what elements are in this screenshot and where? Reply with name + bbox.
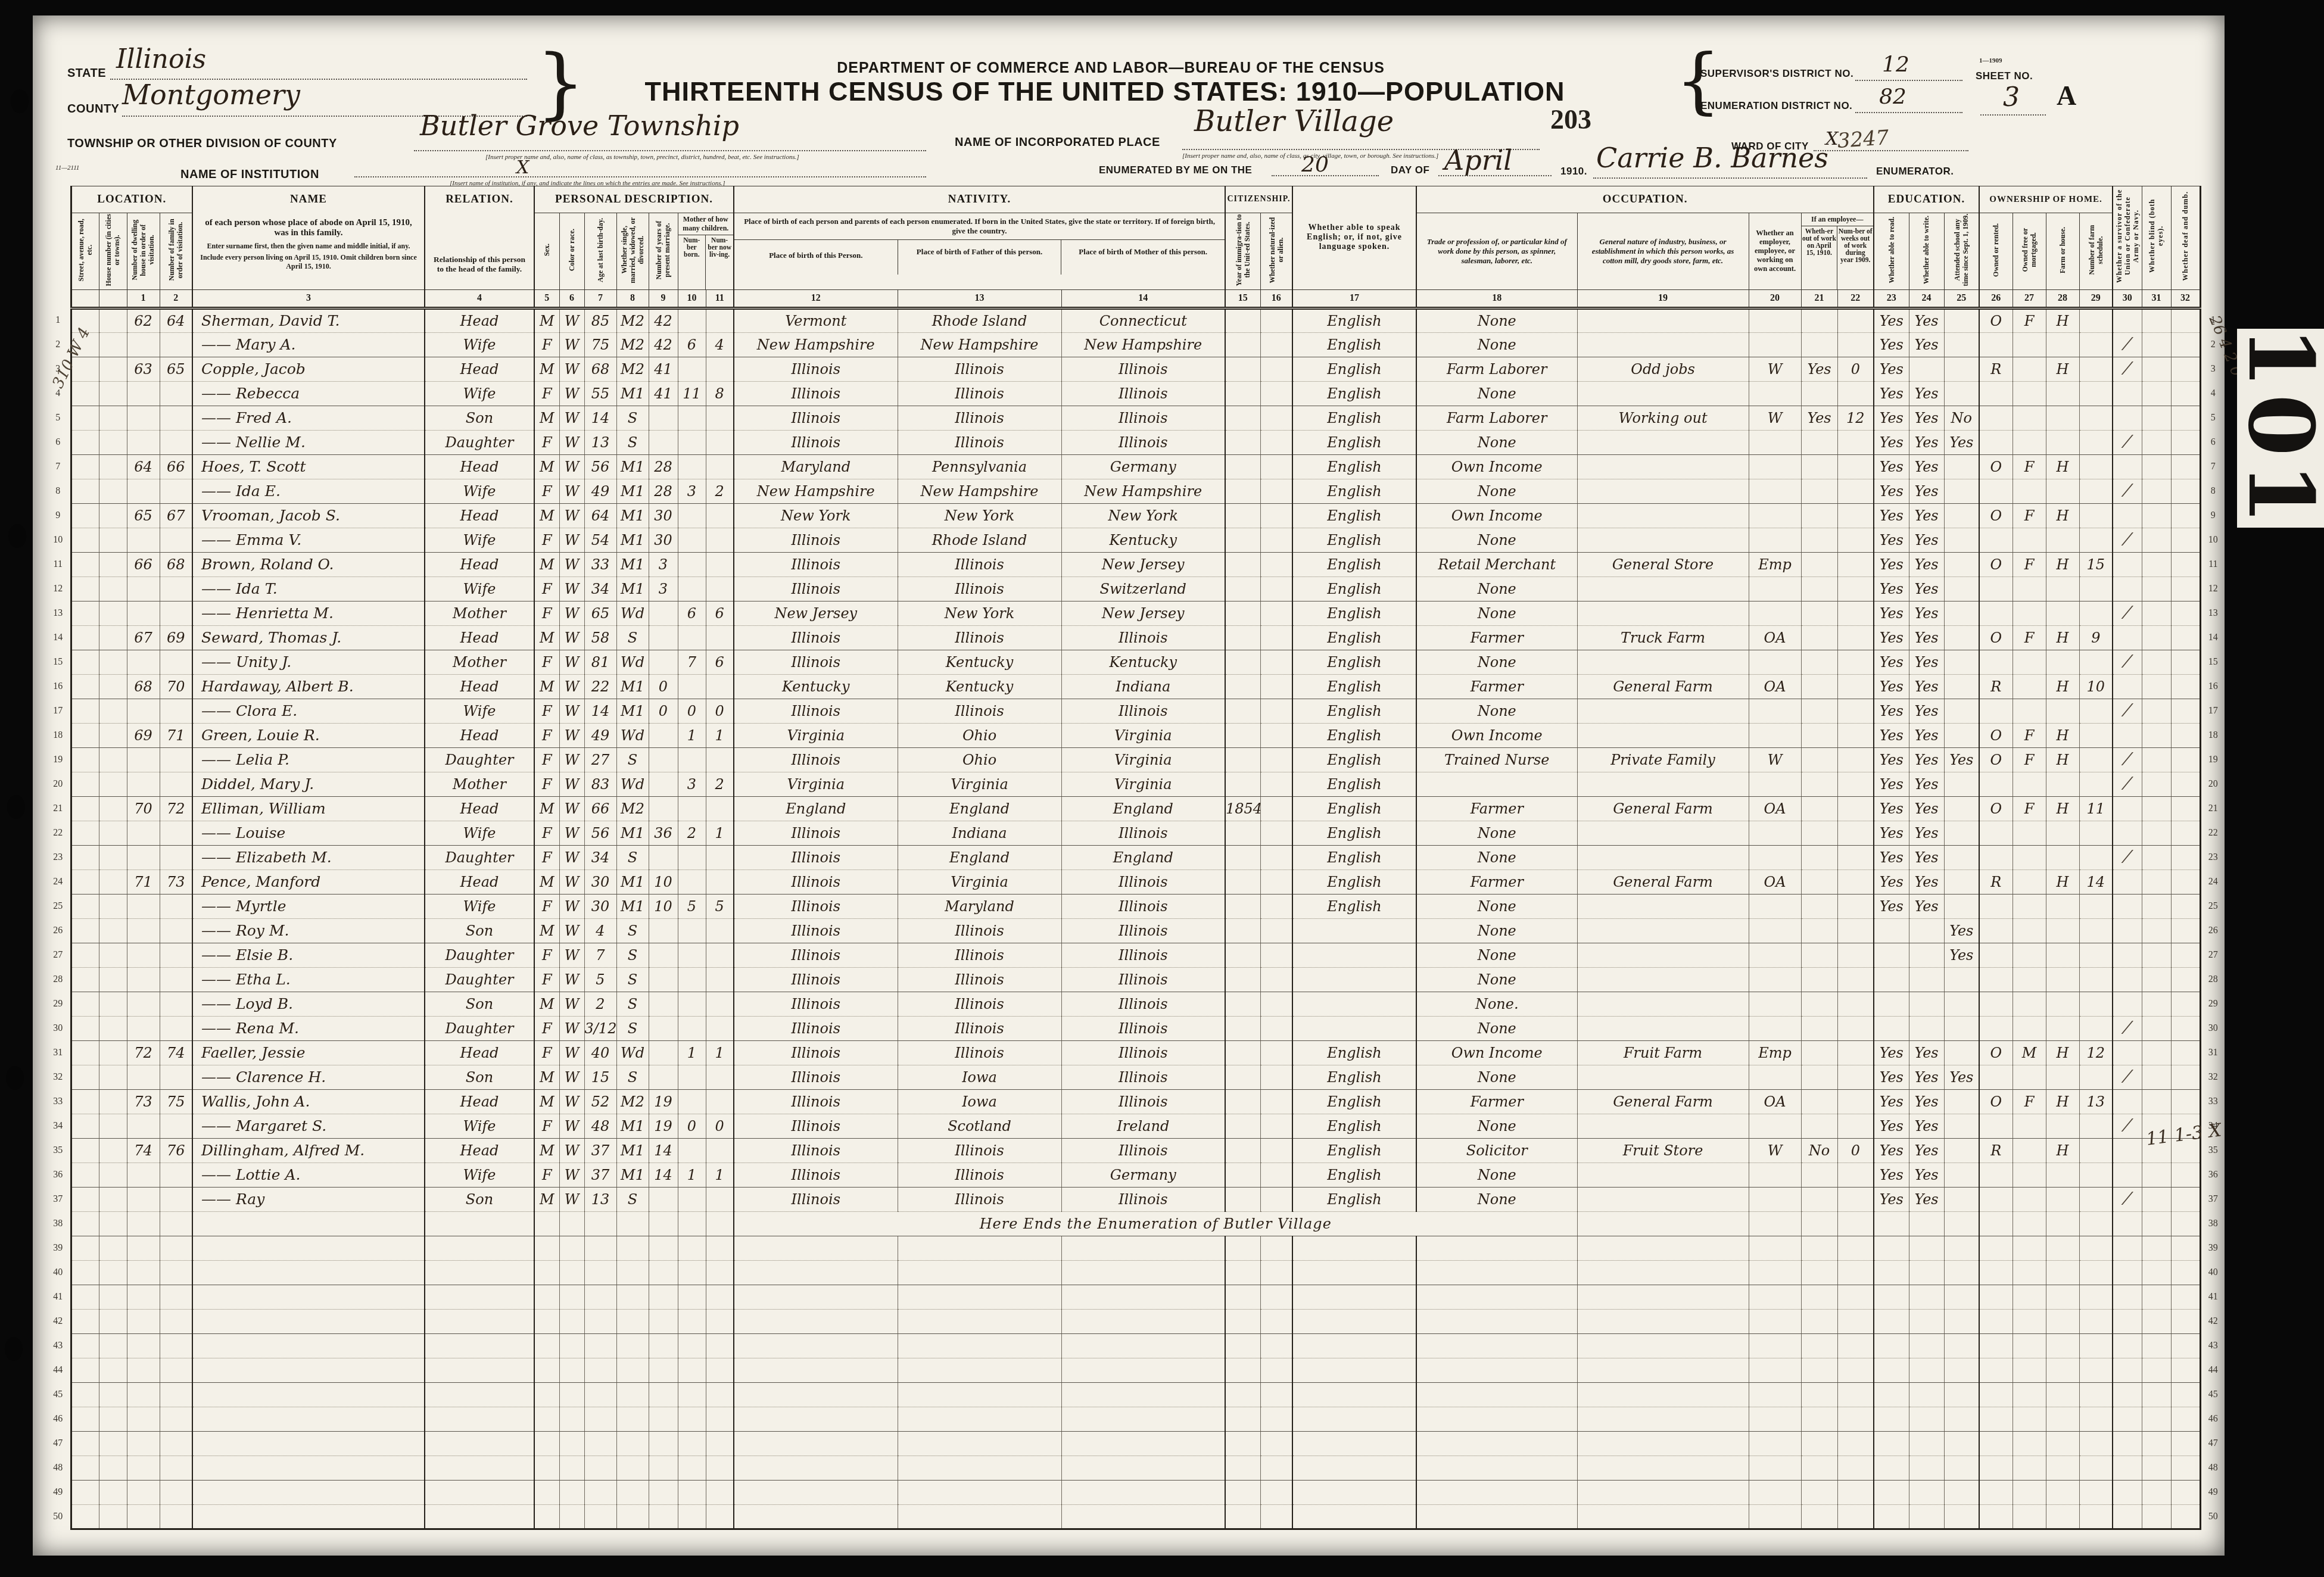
cell-industry [1577, 332, 1749, 357]
cell-birthplace [734, 1309, 898, 1333]
cell-birthplace [734, 1382, 898, 1407]
cell-street [71, 1016, 99, 1040]
cell-mother-birthplace: New Hampshire [1061, 479, 1225, 503]
cell-age [584, 1431, 616, 1456]
cell-dwelling-number [127, 1065, 160, 1089]
cell-home-owned-rented [1979, 1260, 2013, 1285]
cell-relation [425, 1333, 534, 1358]
cell-years-married [649, 1236, 678, 1260]
cell-blind [2142, 918, 2171, 943]
cell-dwelling-number [127, 1333, 160, 1358]
cell-sex: F [534, 723, 559, 747]
cell-sex: F [534, 650, 559, 674]
cell-school [1944, 528, 1979, 552]
cell-marital-status: M1 [616, 1114, 649, 1138]
cell-farm-or-house [2046, 1480, 2079, 1504]
cell-birthplace: Illinois [734, 943, 898, 967]
cell-farm-or-house: H [2046, 674, 2079, 699]
cell-age: 22 [584, 674, 616, 699]
cell-out-of-work [1801, 1187, 1837, 1211]
cell-dwelling-number [127, 381, 160, 406]
cell-employer-status [1749, 1333, 1801, 1358]
cell-birthplace: Illinois [734, 918, 898, 943]
cell-civil-war-survivor: ⁄ [2113, 1187, 2142, 1211]
cell-age: 5 [584, 967, 616, 992]
cell-trade [1416, 1504, 1577, 1529]
cell-farm-or-house [2046, 894, 2079, 918]
cell-trade [1416, 1407, 1577, 1431]
cell-immigration-year [1225, 430, 1260, 454]
cell-farm-schedule [2079, 992, 2113, 1016]
cell-father-birthplace: Illinois [898, 406, 1061, 430]
cell-relation [425, 1285, 534, 1309]
col-number-years-married: 9 [649, 289, 678, 308]
cell-industry [1577, 601, 1749, 625]
cell-children-born [678, 308, 706, 332]
cell-home-free-mortgaged [2013, 406, 2046, 430]
cell-write: Yes [1909, 479, 1944, 503]
cell-dwelling-number: 65 [127, 503, 160, 528]
cell-trade [1416, 1358, 1577, 1382]
col-name-header: of each person whose place of abode on A… [192, 213, 425, 290]
cell-family-number [160, 381, 192, 406]
cell-mother-birthplace: Germany [1061, 454, 1225, 479]
cell-deaf-dumb [2171, 1382, 2200, 1407]
cell-read: Yes [1874, 747, 1909, 772]
cell-language: English [1292, 1138, 1416, 1163]
cell-language [1292, 943, 1416, 967]
cell-home-owned-rented [1979, 650, 2013, 674]
cell-children-born [678, 1285, 706, 1309]
line-number: 17 [46, 699, 71, 723]
cell-birthplace: Illinois [734, 528, 898, 552]
cell-farm-schedule [2079, 894, 2113, 918]
cell-birthplace [734, 1431, 898, 1456]
cell-color-race: W [559, 1114, 584, 1138]
col-marital-header: Whether single, married, widowed, or div… [616, 213, 649, 290]
cell-sex: M [534, 308, 559, 332]
cell-weeks-out [1837, 1187, 1874, 1211]
cell-marital-status: Wd [616, 650, 649, 674]
census-row-45: 4545 [46, 1382, 2225, 1407]
cell-father-birthplace: Illinois [898, 918, 1061, 943]
cell-years-married [649, 918, 678, 943]
cell-sex: M [534, 1089, 559, 1114]
line-number: 29 [46, 992, 71, 1016]
cell-weeks-out [1837, 1089, 1874, 1114]
line-number: 18 [46, 723, 71, 747]
cell-mother-birthplace: Virginia [1061, 747, 1225, 772]
cell-mother-birthplace: Kentucky [1061, 528, 1225, 552]
cell-read [1874, 992, 1909, 1016]
cell-blind [2142, 576, 2171, 601]
cell-civil-war-survivor [2113, 625, 2142, 650]
cell-age: 65 [584, 601, 616, 625]
cell-farm-or-house [2046, 1163, 2079, 1187]
cell-marital-status: M1 [616, 869, 649, 894]
col-house-header: House number (in cities or towns). [99, 213, 127, 290]
cell-immigration-year [1225, 1382, 1260, 1407]
cell-employer-status [1749, 479, 1801, 503]
cell-dwelling-number [127, 992, 160, 1016]
cell-years-married [649, 601, 678, 625]
cell-relation: Head [425, 357, 534, 381]
cell-age [584, 1504, 616, 1529]
cell-immigration-year [1225, 625, 1260, 650]
cell-father-birthplace [898, 1480, 1061, 1504]
col-free-mortgaged-header: Owned free or mortgaged. [2013, 213, 2046, 290]
cell-age [584, 1236, 616, 1260]
day-line [1272, 175, 1379, 176]
cell-industry [1577, 699, 1749, 723]
cell-farm-schedule [2079, 1480, 2113, 1504]
cell-write: Yes [1909, 845, 1944, 869]
cell-color-race: W [559, 1187, 584, 1211]
cell-family-number: 75 [160, 1089, 192, 1114]
cell-house [99, 1504, 127, 1529]
cell-relation: Daughter [425, 1016, 534, 1040]
cell-father-birthplace: Kentucky [898, 674, 1061, 699]
cell-home-free-mortgaged [2013, 1309, 2046, 1333]
cell-industry [1577, 503, 1749, 528]
cell-blind [2142, 308, 2171, 332]
cell-industry [1577, 430, 1749, 454]
cell-farm-schedule [2079, 1114, 2113, 1138]
cell-industry: General Farm [1577, 1089, 1749, 1114]
cell-house [99, 796, 127, 821]
cell-language: English [1292, 747, 1416, 772]
cell-father-birthplace: Indiana [898, 821, 1061, 845]
cell-marital-status: M2 [616, 308, 649, 332]
cell-relation [425, 1431, 534, 1456]
cell-mother-birthplace: Illinois [1061, 821, 1225, 845]
cell-home-free-mortgaged [2013, 1065, 2046, 1089]
cell-marital-status [616, 1285, 649, 1309]
cell-industry [1577, 1333, 1749, 1358]
cell-read: Yes [1874, 1089, 1909, 1114]
cell-house [99, 528, 127, 552]
enumerator-label: Enumerator. [1876, 166, 1954, 177]
cell-civil-war-survivor [2113, 1211, 2142, 1236]
cell-family-number [160, 1309, 192, 1333]
cell-children-living: 1 [706, 821, 734, 845]
cell-farm-schedule [2079, 723, 2113, 747]
cell-school: Yes [1944, 747, 1979, 772]
cell-school [1944, 1211, 1979, 1236]
cell-out-of-work [1801, 454, 1837, 479]
cell-street [71, 845, 99, 869]
cell-family-number: 69 [160, 625, 192, 650]
cell-blind [2142, 357, 2171, 381]
line-number: 1 [46, 308, 71, 332]
cell-children-born: 11 [678, 381, 706, 406]
cell-relation: Head [425, 869, 534, 894]
cell-employer-status [1749, 1211, 1801, 1236]
cell-farm-or-house [2046, 430, 2079, 454]
cell-farm-or-house [2046, 479, 2079, 503]
nativity-desc-header: Place of birth of each person and parent… [734, 213, 1225, 290]
cell-employer-status: OA [1749, 1089, 1801, 1114]
cell-years-married [649, 1187, 678, 1211]
line-number: 30 [2200, 1016, 2225, 1040]
line-number: 32 [2200, 1065, 2225, 1089]
cell-weeks-out [1837, 1163, 1874, 1187]
cell-home-free-mortgaged [2013, 918, 2046, 943]
cell-home-owned-rented [1979, 918, 2013, 943]
cell-sex [534, 1358, 559, 1382]
cell-children-living [706, 869, 734, 894]
cell-street [71, 1260, 99, 1285]
cell-farm-or-house [2046, 699, 2079, 723]
cell-birthplace [734, 1333, 898, 1358]
cell-age: 54 [584, 528, 616, 552]
cell-blind [2142, 1065, 2171, 1089]
cell-farm-schedule [2079, 1163, 2113, 1187]
sheet-label: Sheet No. [1976, 70, 2033, 82]
cell-civil-war-survivor [2113, 503, 2142, 528]
cell-years-married [649, 1456, 678, 1480]
line-number: 43 [2200, 1333, 2225, 1358]
cell-father-birthplace: Maryland [898, 894, 1061, 918]
cell-family-number: 65 [160, 357, 192, 381]
cell-children-born: 6 [678, 332, 706, 357]
census-row-18: 186971Green, Louie R.HeadFW49Wd11Virgini… [46, 723, 2225, 747]
cell-home-owned-rented [1979, 381, 2013, 406]
cell-birthplace [734, 1456, 898, 1480]
cell-father-birthplace [898, 1309, 1061, 1333]
col-number-relation: 4 [425, 289, 534, 308]
cell-industry: Truck Farm [1577, 625, 1749, 650]
cell-language: English [1292, 576, 1416, 601]
cell-dwelling-number [127, 894, 160, 918]
cell-age: 68 [584, 357, 616, 381]
cell-write: Yes [1909, 332, 1944, 357]
cell-employer-status [1749, 1065, 1801, 1089]
cell-marital-status [616, 1211, 649, 1236]
line-number: 27 [46, 943, 71, 967]
cell-father-birthplace: Kentucky [898, 650, 1061, 674]
col-number-immigration-year: 15 [1225, 289, 1260, 308]
cell-weeks-out [1837, 1065, 1874, 1089]
cell-school [1944, 1016, 1979, 1040]
census-schedule-table: LOCATION. NAME RELATION. PERSONAL DESCRI… [46, 186, 2225, 1530]
census-row-26: 26—— Roy M.SonMW4SIllinoisIllinoisIllino… [46, 918, 2225, 943]
cell-house [99, 1114, 127, 1138]
cell-age: 33 [584, 552, 616, 576]
cell-trade: None [1416, 894, 1577, 918]
cell-father-birthplace: Illinois [898, 1163, 1061, 1187]
cell-color-race: W [559, 943, 584, 967]
cell-house [99, 674, 127, 699]
cell-children-born [678, 1138, 706, 1163]
cell-father-birthplace: Illinois [898, 576, 1061, 601]
cell-deaf-dumb [2171, 308, 2200, 332]
cell-read: Yes [1874, 1163, 1909, 1187]
cell-family-number [160, 601, 192, 625]
cell-street [71, 1333, 99, 1358]
cell-write [1909, 992, 1944, 1016]
col-relation-header: Relationship of this person to the head … [425, 213, 534, 290]
enumeration-district-value: 82 [1879, 85, 1906, 109]
cell-children-living [706, 674, 734, 699]
cell-trade: None [1416, 821, 1577, 845]
cell-out-of-work: Yes [1801, 406, 1837, 430]
cell-mother-birthplace [1061, 1260, 1225, 1285]
cell-language: English [1292, 894, 1416, 918]
cell-years-married [649, 1211, 678, 1236]
cell-children-born: 0 [678, 1114, 706, 1138]
cell-color-race: W [559, 918, 584, 943]
col-mother-children-header: Mother of how many children. Num-ber bor… [678, 213, 734, 290]
cell-trade: None [1416, 528, 1577, 552]
cell-children-living [706, 1333, 734, 1358]
cell-relation: Head [425, 723, 534, 747]
cell-dwelling-number [127, 430, 160, 454]
cell-marital-status: S [616, 430, 649, 454]
cell-civil-war-survivor [2113, 1431, 2142, 1456]
cell-family-number [160, 1065, 192, 1089]
cell-immigration-year [1225, 1285, 1260, 1309]
cell-farm-or-house [2046, 845, 2079, 869]
col-number-farm-schedule: 29 [2079, 289, 2113, 308]
cell-naturalized [1260, 894, 1292, 918]
cell-marital-status: S [616, 918, 649, 943]
cell-language [1292, 1456, 1416, 1480]
col-immigration-header: Year of immigra-tion to the Unit-ed Stat… [1225, 213, 1260, 290]
cell-relation: Wife [425, 381, 534, 406]
cell-color-race: W [559, 357, 584, 381]
cell-dwelling-number [127, 1163, 160, 1187]
cell-civil-war-survivor [2113, 1285, 2142, 1309]
cell-immigration-year [1225, 1431, 1260, 1456]
cell-house [99, 552, 127, 576]
cell-trade: None [1416, 967, 1577, 992]
cell-blind [2142, 1016, 2171, 1040]
cell-relation: Wife [425, 479, 534, 503]
census-row-15: 15—— Unity J.MotherFW81Wd76IllinoisKentu… [46, 650, 2225, 674]
cell-deaf-dumb [2171, 674, 2200, 699]
cell-years-married: 41 [649, 357, 678, 381]
cell-children-living [706, 1358, 734, 1382]
cell-weeks-out [1837, 1309, 1874, 1333]
cell-color-race: W [559, 601, 584, 625]
cell-industry [1577, 1114, 1749, 1138]
cell-civil-war-survivor [2113, 918, 2142, 943]
cell-deaf-dumb [2171, 894, 2200, 918]
cell-school [1944, 967, 1979, 992]
cell-read: Yes [1874, 454, 1909, 479]
cell-immigration-year [1225, 406, 1260, 430]
cell-mother-birthplace: England [1061, 796, 1225, 821]
cell-naturalized [1260, 821, 1292, 845]
cell-house [99, 1187, 127, 1211]
cell-industry: General Farm [1577, 674, 1749, 699]
cell-street [71, 1114, 99, 1138]
cell-naturalized [1260, 1431, 1292, 1456]
cell-name: —— Unity J. [192, 650, 425, 674]
cell-immigration-year [1225, 1309, 1260, 1333]
line-number: 12 [2200, 576, 2225, 601]
cell-dwelling-number: 69 [127, 723, 160, 747]
col-school-header: Attended school any time since Sept. 1, … [1944, 213, 1979, 290]
cell-naturalized [1260, 381, 1292, 406]
cell-farm-schedule [2079, 576, 2113, 601]
cell-language [1292, 1504, 1416, 1529]
cell-read: Yes [1874, 772, 1909, 796]
cell-deaf-dumb [2171, 1358, 2200, 1382]
cell-employer-status [1749, 381, 1801, 406]
cell-out-of-work [1801, 1382, 1837, 1407]
cell-relation: Wife [425, 821, 534, 845]
cell-civil-war-survivor: ⁄ [2113, 528, 2142, 552]
line-number: 31 [46, 1040, 71, 1065]
cell-deaf-dumb [2171, 943, 2200, 967]
cell-name [192, 1504, 425, 1529]
cell-age: 49 [584, 723, 616, 747]
cell-write [1909, 967, 1944, 992]
census-row-22: 22—— LouiseWifeFW56M13621IllinoisIndiana… [46, 821, 2225, 845]
cell-employer-status: OA [1749, 869, 1801, 894]
cell-language: English [1292, 357, 1416, 381]
cell-civil-war-survivor [2113, 1382, 2142, 1407]
cell-house [99, 1260, 127, 1285]
cell-deaf-dumb [2171, 1309, 2200, 1333]
cell-house [99, 625, 127, 650]
cell-marital-status [616, 1431, 649, 1456]
cell-weeks-out [1837, 1114, 1874, 1138]
cell-trade: None [1416, 479, 1577, 503]
cell-out-of-work [1801, 796, 1837, 821]
township-value: Butler Grove Township [420, 110, 739, 142]
cell-deaf-dumb [2171, 381, 2200, 406]
cell-age: 15 [584, 1065, 616, 1089]
cell-home-owned-rented [1979, 1431, 2013, 1456]
cell-sex: F [534, 1163, 559, 1187]
col-number-naturalized: 16 [1260, 289, 1292, 308]
cell-family-number [160, 943, 192, 967]
line-number: 40 [2200, 1260, 2225, 1285]
cell-father-birthplace: Ohio [898, 723, 1061, 747]
cell-age: 2 [584, 992, 616, 1016]
cell-naturalized [1260, 1236, 1292, 1260]
cell-farm-schedule [2079, 1211, 2113, 1236]
cell-deaf-dumb [2171, 576, 2200, 601]
cell-immigration-year [1225, 943, 1260, 967]
cell-relation: Wife [425, 528, 534, 552]
cell-language: English [1292, 1040, 1416, 1065]
cell-house [99, 1138, 127, 1163]
ward-value: X [1825, 129, 1838, 149]
cell-sex: F [534, 845, 559, 869]
cell-industry [1577, 1187, 1749, 1211]
cell-school [1944, 772, 1979, 796]
cell-children-living [706, 406, 734, 430]
cell-name: —— Elizabeth M. [192, 845, 425, 869]
cell-mother-birthplace [1061, 1382, 1225, 1407]
cell-name: Elliman, William [192, 796, 425, 821]
line-number: 12 [46, 576, 71, 601]
col-number-civil-war-survivor: 30 [2113, 289, 2142, 308]
cell-farm-or-house [2046, 943, 2079, 967]
cell-immigration-year [1225, 821, 1260, 845]
cell-dwelling-number [127, 1456, 160, 1480]
cell-home-free-mortgaged [2013, 576, 2046, 601]
cell-dwelling-number [127, 528, 160, 552]
line-number: 6 [46, 430, 71, 454]
line-number: 38 [46, 1211, 71, 1236]
cell-trade [1416, 1236, 1577, 1260]
cell-read: Yes [1874, 699, 1909, 723]
